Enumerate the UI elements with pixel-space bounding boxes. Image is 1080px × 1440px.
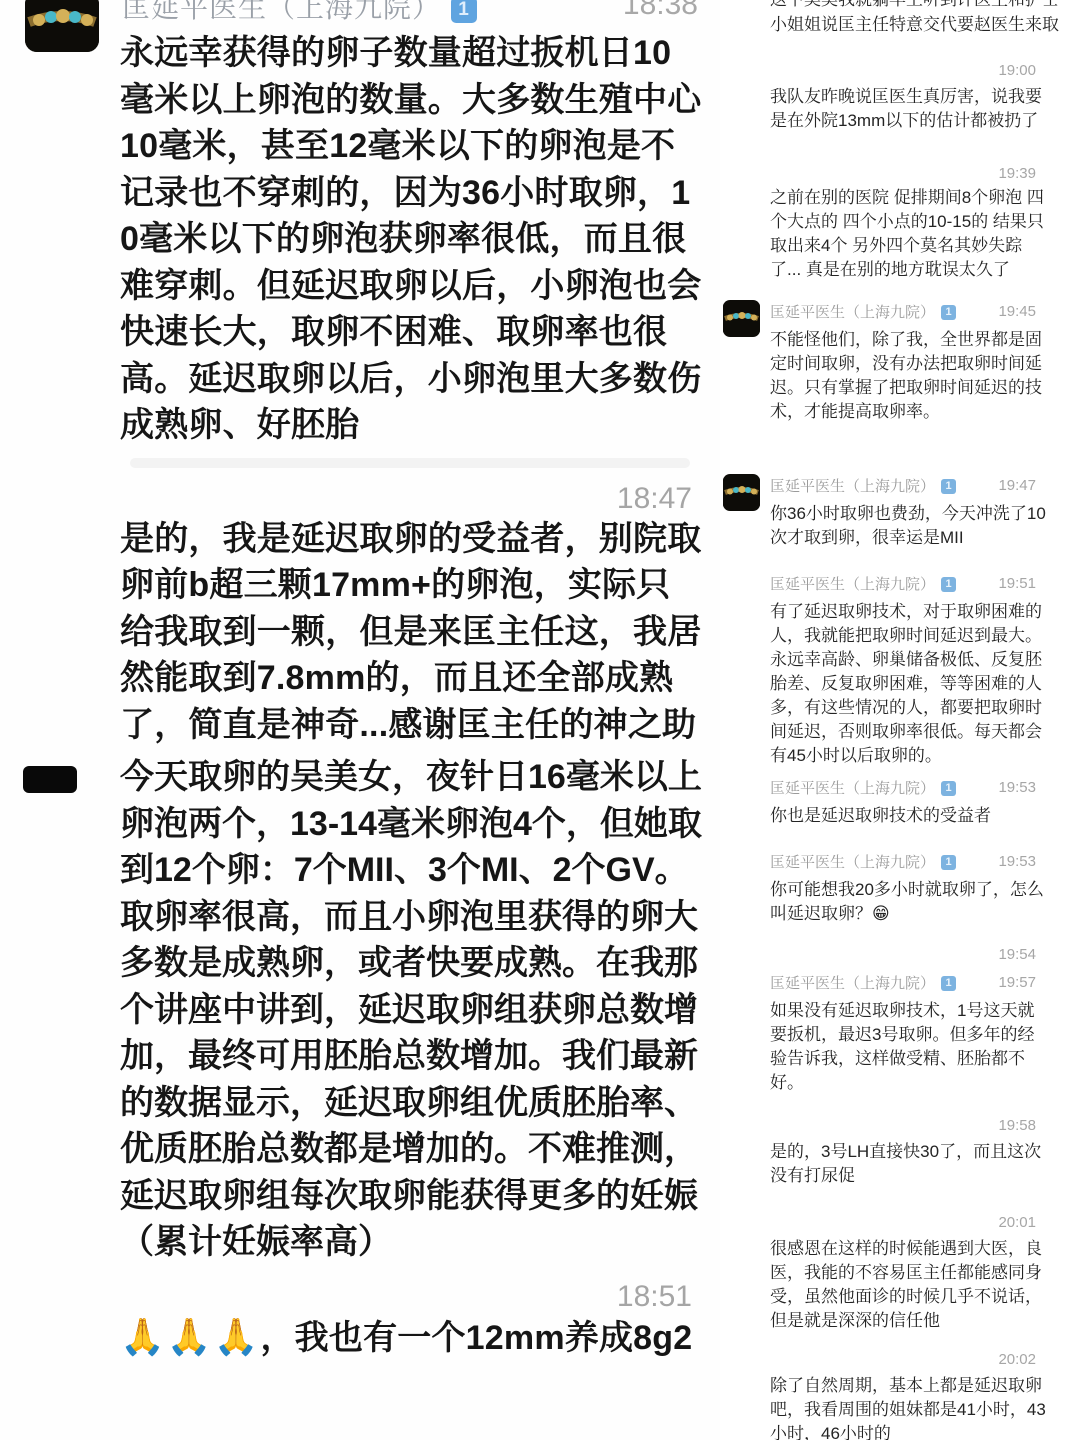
message-text: 如果没有延迟取卵技术，1号这天就要扳机，最迟3号取卵。但多年的经验告诉我，这样做… [770,999,1046,1095]
chat-transcript-left[interactable]: 匡延平医生（上海九院）1 18:38 永远幸获得的卵子数量超过扳机日10毫米以上… [0,0,720,1440]
message-text: 除了自然周期，基本上都是延迟取卵吧，我看周围的姐妹都是41小时，43小时，46小… [770,1374,1046,1440]
message-row: 今天取卵的吴美女，夜针日16毫米以上卵泡两个，13-14毫米卵泡4个，但她取到1… [0,754,720,1266]
message-text: 今天取卵的吴美女，夜针日16毫米以上卵泡两个，13-14毫米卵泡4个，但她取到1… [120,754,702,1266]
message-body: ，我也有一个12mm养成8g2 [260,1319,692,1357]
doctor-message: 匡延平医生（上海九院）119:57如果没有延迟取卵技术，1号这天就要扳机，最迟3… [720,971,1080,1095]
timestamp: 20:02 [720,1351,1036,1368]
message-text: 你36小时取卵也费劲，今天冲洗了10次才取到卵，很幸运是MII [770,502,1046,550]
doctor-message: 匡延平医生（上海九院）119:53你可能想我20多小时就取卵了，怎么叫延迟取卵？… [720,850,1080,926]
timestamp: 19:53 [998,779,1036,796]
sender-header: 匡延平医生（上海九院）119:53 [770,776,1036,798]
timestamp: 19:39 [720,165,1036,182]
sender-badge: 1 [941,781,956,796]
sender-badge: 1 [941,577,956,592]
redacted-avatar-block [23,766,77,793]
redacted-avatar[interactable] [0,754,120,1266]
doctor-avatar[interactable] [723,474,760,511]
clipped-message: 这下美美我就躺车上听到许医生和护士小姐姐说匡主任特意交代要赵医生来取 [720,0,1080,38]
message-text: 🙏🙏🙏，我也有一个12mm养成8g2 [120,1314,702,1362]
timestamp: 19:53 [998,853,1036,870]
doctor-message: 匡延平医生（上海九院）119:53你也是延迟取卵技术的受益者 [720,776,1080,828]
doctor-message: 匡延平医生（上海九院）119:45不能怪他们，除了我，全世界都是固定时间取卵，没… [720,300,1080,424]
message-text: 我队友昨晚说匡医生真厉害，说我要是在外院13mm以下的估计都被扔了 [770,85,1046,133]
timestamp: 19:51 [998,575,1036,592]
message-text: 你可能想我20多小时就取卵了，怎么叫延迟取卵？😁 [770,878,1046,926]
timestamp: 18:51 [0,1280,692,1314]
message-text: 之前在别的医院 促排期间8个卵泡 四个大点的 四个小点的10-15的 结果只取出… [770,186,1046,282]
sender-badge: 1 [941,855,956,870]
message-text: 有了延迟取卵技术，对于取卵困难的人，我就能把取卵时间延迟到最大。永远幸高龄、卵巢… [770,600,1046,768]
screenshot-seam [130,458,690,468]
message-text: 你也是延迟取卵技术的受益者 [770,804,1046,828]
sender-name: 匡延平医生（上海九院）1 [770,777,956,798]
sender-name: 匡延平医生（上海九院）1 [770,301,956,322]
timestamp: 19:00 [720,62,1036,79]
timestamp: 19:47 [998,477,1036,494]
message-text: 不能怪他们，除了我，全世界都是固定时间取卵，没有办法把取卵时间延迟。只有掌握了把… [770,328,1046,424]
sender-badge: 1 [941,976,956,991]
timestamp: 19:45 [998,303,1036,320]
clipped-message-inner: 这下美美我就躺车上听到许医生和护士小姐姐说匡主任特意交代要赵医生来取 [720,0,1080,37]
message-text: 永远幸获得的卵子数量超过扳机日10毫米以上卵泡的数量。大多数生殖中心10毫米，甚… [120,30,702,449]
timestamp: 18:47 [0,482,692,516]
doctor-avatar[interactable] [723,300,760,337]
message-body: 是的，我是延迟取卵的受益者，别院取卵前b超三颗17mm+的卵泡，实际只给我取到一… [120,520,701,744]
chat-transcript-right[interactable]: 这下美美我就躺车上听到许医生和护士小姐姐说匡主任特意交代要赵医生来取19:00我… [720,0,1080,1440]
sender-header: 匡延平医生（上海九院）119:53 [770,850,1036,872]
folded-hands-emoji-icon: 🙏🙏🙏 [120,1316,260,1357]
sender-name: 匡延平医生（上海九院）1 [770,475,956,496]
sender-name: 匡延平医生（上海九院）1 [770,573,956,594]
message-text: 小姐姐说匡主任特意交代要赵医生来取 [770,12,1045,37]
timestamp: 20:01 [720,1214,1036,1231]
message-text: 是的，3号LH直接快30了，而且这次没有打尿促 [770,1140,1046,1188]
doctor-message: 匡延平医生（上海九院）119:47你36小时取卵也费劲，今天冲洗了10次才取到卵… [720,474,1080,550]
sender-name: 匡延平医生（上海九院）1 [770,972,956,993]
timestamp: 19:58 [720,1117,1036,1134]
message-text: 这下美美我就躺车上听到许医生和护士 [770,0,1045,12]
sender-badge: 1 [941,305,956,320]
sender-header: 匡延平医生（上海九院）119:47 [770,474,1036,496]
sender-header: 匡延平医生（上海九院）119:45 [770,300,1036,322]
sender-badge: 1 [941,479,956,494]
sender-header: 匡延平医生（上海九院）119:57 [770,971,1036,993]
message-text: 很感恩在这样的时候能遇到大医，良医，我能的不容易匡主任都能感同身受，虽然他面诊的… [770,1237,1046,1333]
timestamp: 19:57 [998,974,1036,991]
timestamp: 19:54 [720,946,1036,963]
doctor-message: 匡延平医生（上海九院）119:51有了延迟取卵技术，对于取卵困难的人，我就能把取… [720,572,1080,768]
message-body: 永远幸获得的卵子数量超过扳机日10毫米以上卵泡的数量。大多数生殖中心10毫米，甚… [120,34,701,444]
message-text: 是的，我是延迟取卵的受益者，别院取卵前b超三颗17mm+的卵泡，实际只给我取到一… [120,516,702,749]
sender-header: 匡延平医生（上海九院）119:51 [770,572,1036,594]
grin-emoji-icon: 😁 [872,904,890,923]
sender-name: 匡延平医生（上海九院）1 [770,851,956,872]
